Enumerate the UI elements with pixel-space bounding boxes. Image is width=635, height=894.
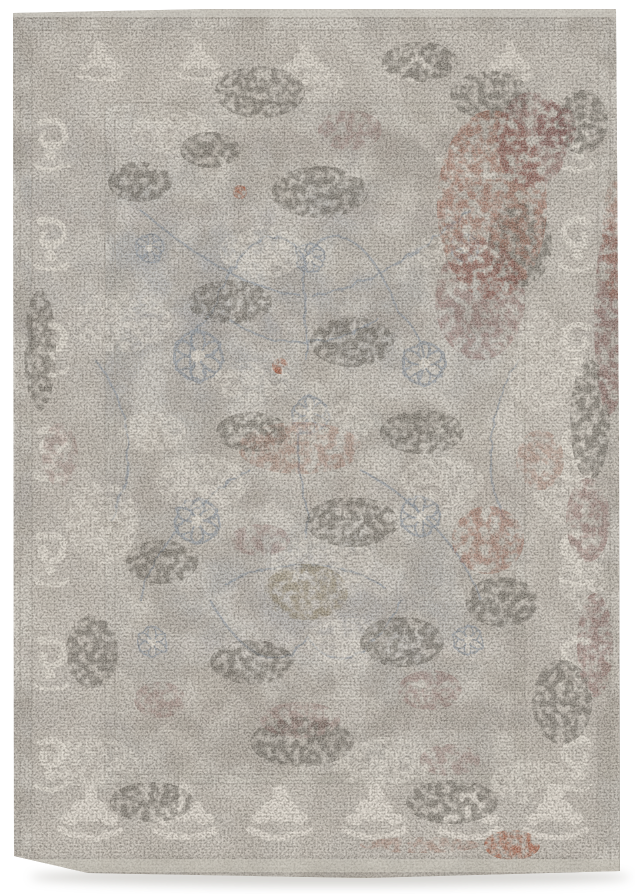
bottom-edge-strip	[10, 859, 620, 872]
rug-product-photo: Product photo of a distressed vintage-st…	[0, 0, 635, 894]
top-edge-strip	[10, 8, 620, 17]
rug-weave-layers	[10, 8, 630, 879]
weave-striation	[10, 8, 620, 879]
rug-image	[0, 0, 635, 894]
